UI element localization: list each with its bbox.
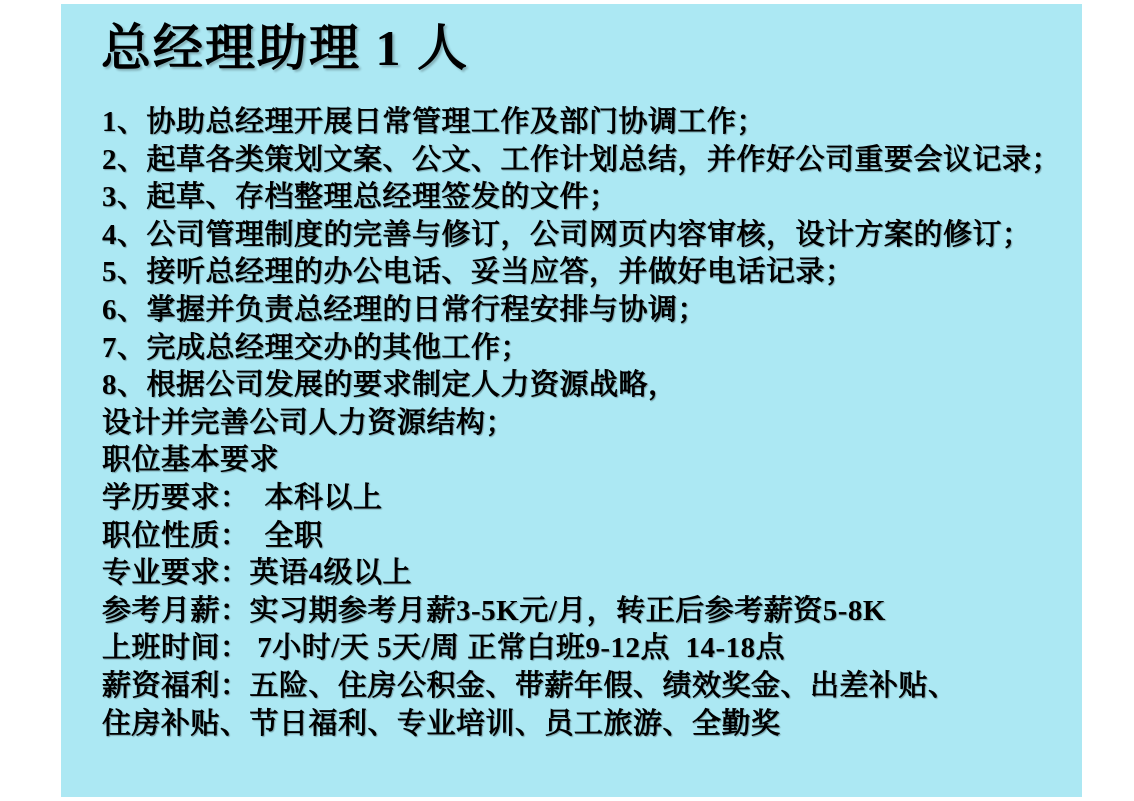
text-line-benefits-cont: 住房补贴、节日福利、专业培训、员工旅游、全勤奖: [102, 706, 1092, 744]
text-line-salary: 参考月薪：实习期参考月薪3-5K元/月，转正后参考薪资5-8K: [102, 593, 1092, 631]
text-line-work-hours: 上班时间： 7小时/天 5天/周 正常白班9-12点 14-18点: [102, 630, 1092, 668]
text-line-major: 专业要求：英语4级以上: [102, 555, 1092, 593]
slide-panel: 总经理助理 1 人 1、协助总经理开展日常管理工作及部门协调工作； 2、起草各类…: [61, 4, 1082, 797]
text-line-education: 学历要求： 本科以上: [102, 480, 1092, 518]
text-line-duty-8-cont: 设计并完善公司人力资源结构；: [102, 405, 1092, 443]
text-line-duty-5: 5、接听总经理的办公电话、妥当应答，并做好电话记录；: [102, 254, 1092, 292]
page: 总经理助理 1 人 1、协助总经理开展日常管理工作及部门协调工作； 2、起草各类…: [0, 0, 1134, 801]
text-line-job-type: 职位性质： 全职: [102, 518, 1092, 556]
text-line-requirements-header: 职位基本要求: [102, 442, 1092, 480]
text-line-duty-4: 4、公司管理制度的完善与修订，公司网页内容审核，设计方案的修订；: [102, 217, 1092, 255]
text-line-duty-8: 8、根据公司发展的要求制定人力资源战略，: [102, 367, 1092, 405]
text-line-duty-6: 6、掌握并负责总经理的日常行程安排与协调；: [102, 292, 1092, 330]
text-line-duty-1: 1、协助总经理开展日常管理工作及部门协调工作；: [102, 104, 1092, 142]
text-line-duty-7: 7、完成总经理交办的其他工作；: [102, 330, 1092, 368]
slide-title: 总经理助理 1 人: [101, 18, 469, 78]
text-line-duty-3: 3、起草、存档整理总经理签发的文件；: [102, 179, 1092, 217]
text-line-benefits: 薪资福利：五险、住房公积金、带薪年假、绩效奖金、出差补贴、: [102, 668, 1092, 706]
slide-body: 1、协助总经理开展日常管理工作及部门协调工作； 2、起草各类策划文案、公文、工作…: [102, 104, 1092, 743]
text-line-duty-2: 2、起草各类策划文案、公文、工作计划总结，并作好公司重要会议记录；: [102, 142, 1092, 180]
